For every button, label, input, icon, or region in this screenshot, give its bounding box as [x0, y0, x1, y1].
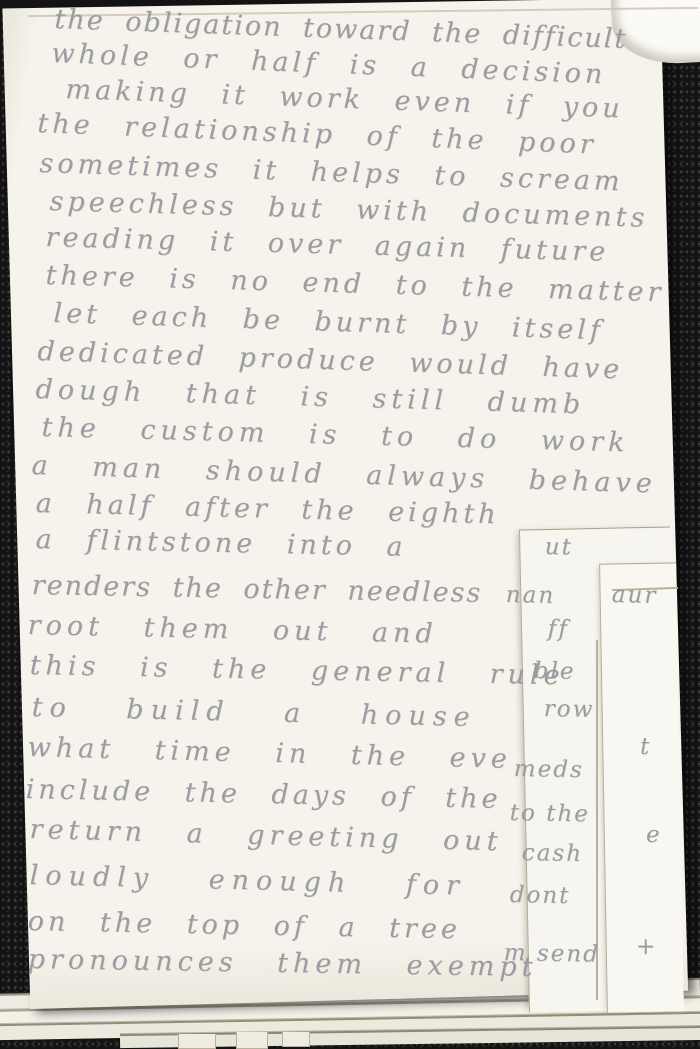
- slip-text-fragment: ut: [545, 536, 573, 559]
- slip-text-fragment: nan: [506, 584, 556, 608]
- slip-text-fragment: ff: [548, 618, 569, 641]
- handwriting-line: a flintstone into a: [35, 526, 406, 561]
- edge-text-fragment: e: [646, 824, 662, 847]
- page-corner-tab: [236, 1032, 268, 1049]
- page-corner-tab: [178, 1034, 216, 1049]
- slip-text-fragment: ble: [534, 660, 576, 684]
- handwriting-line: root them out and: [27, 612, 438, 648]
- page-corner-tab: [282, 1032, 310, 1047]
- photographed-notebook-scene: the obligation toward the difficult whol…: [0, 0, 700, 1049]
- slip-text-fragment: dont: [510, 884, 571, 908]
- slip-text-fragment: cash: [522, 842, 584, 866]
- slip-text-fragment: m send: [504, 942, 600, 967]
- slip-text-fragment: row: [544, 698, 595, 722]
- handwriting-line: on the top of a tree: [27, 908, 461, 943]
- edge-text-fragment: t: [640, 736, 651, 759]
- slip-text-fragment: to the: [510, 802, 590, 826]
- slip-text-fragment: meds: [514, 758, 584, 782]
- edge-text-fragment: +: [636, 936, 657, 959]
- handwriting-line: pronounces them exempt: [28, 946, 538, 981]
- edge-text-fragment: aur: [612, 584, 658, 608]
- handwriting-line: renders the other needless: [32, 572, 483, 607]
